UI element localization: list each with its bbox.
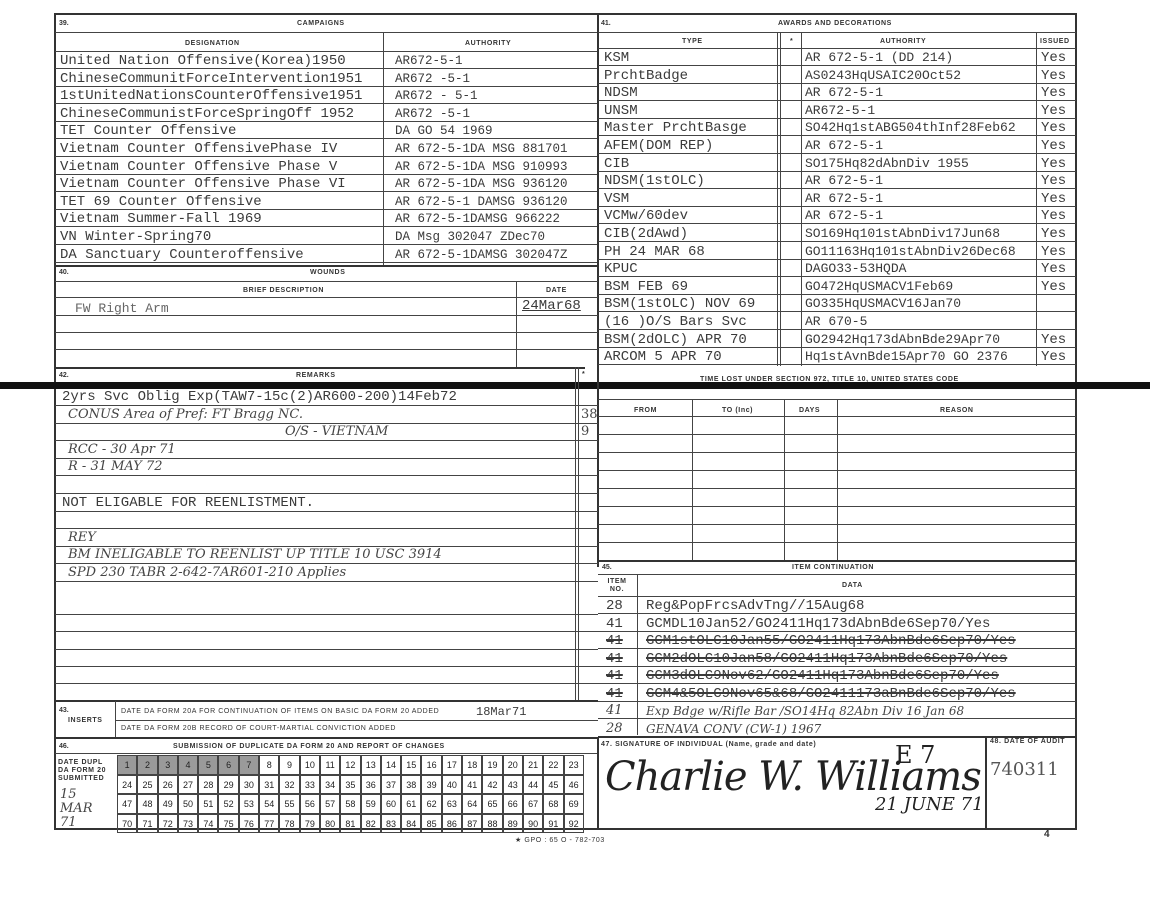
remark-text: R - 31 MAY 72	[68, 459, 163, 475]
submission-cell: 38	[401, 775, 421, 795]
submission-cell: 37	[381, 775, 401, 795]
submission-cell: 17	[442, 755, 462, 775]
campaign-designation: United Nation Offensive(Korea)1950	[60, 53, 346, 69]
campaigns-number: 39.	[59, 20, 69, 27]
remarks-title: REMARKS	[296, 372, 336, 379]
submission-cell: 89	[503, 814, 523, 834]
submission-cell: 79	[300, 814, 320, 834]
remark-text: O/S - VIETNAM	[285, 424, 388, 440]
item-data: GENAVA CONV (CW-1) 1967	[646, 721, 821, 737]
award-type: ARCOM 5 APR 70	[604, 349, 722, 365]
award-issued: Yes	[1041, 226, 1066, 242]
submission-number: 46.	[59, 743, 69, 750]
time-lost-col-days: DAYS	[799, 407, 820, 414]
inserts-line1-value: 18Mar71	[476, 704, 526, 720]
campaigns-col-authority: AUTHORITY	[465, 40, 511, 47]
gpo-footer: ★ GPO : 65 O - 782-703	[515, 836, 605, 844]
submission-cell: 1	[117, 755, 137, 775]
award-type: KSM	[604, 50, 629, 66]
submission-cell: 9	[279, 755, 299, 775]
wounds-number: 40.	[59, 269, 69, 276]
submission-cell: 43	[503, 775, 523, 795]
submission-cell: 92	[564, 814, 584, 834]
submission-cell: 26	[158, 775, 178, 795]
submission-cell: 10	[300, 755, 320, 775]
award-type: CIB(2dAwd)	[604, 226, 688, 242]
campaign-authority: AR 672-5-1DA MSG 881701	[395, 141, 568, 157]
award-type: AFEM(DOM REP)	[604, 138, 713, 154]
time-lost-col-to: TO (Inc)	[722, 407, 753, 414]
campaign-authority: DA Msg 302047 ZDec70	[395, 229, 545, 245]
inserts-line2-label: DATE DA FORM 20B RECORD OF COURT-MARTIAL…	[121, 725, 396, 732]
submission-cell: 39	[421, 775, 441, 795]
award-type: VCMw/60dev	[604, 208, 688, 224]
award-authority: AR672-5-1	[805, 103, 875, 119]
remark-text: NOT ELIGABLE FOR REENLISTMENT.	[62, 495, 314, 511]
remark-star: 9	[581, 424, 589, 440]
submission-cell: 87	[462, 814, 482, 834]
remarks-col-star: *	[582, 371, 585, 378]
submission-cell: 52	[218, 794, 238, 814]
submission-cell: 33	[300, 775, 320, 795]
submission-cell: 40	[442, 775, 462, 795]
submission-cell: 30	[239, 775, 259, 795]
award-type: BSM(2dOLC) APR 70	[604, 332, 747, 348]
submission-cell: 85	[421, 814, 441, 834]
campaign-authority: AR 672-5-1DA MSG 936120	[395, 176, 568, 192]
award-authority: Hq1stAvnBde15Apr70 GO 2376	[805, 349, 1008, 365]
submission-cell: 81	[340, 814, 360, 834]
award-authority: DAGO33-53HQDA	[805, 261, 906, 277]
campaign-designation: TET Counter Offensive	[60, 123, 236, 139]
award-authority: AR 672-5-1	[805, 173, 883, 189]
submission-cell: 44	[523, 775, 543, 795]
audit-label: 48. DATE OF AUDIT	[990, 738, 1065, 745]
submission-cell: 56	[300, 794, 320, 814]
submission-cell: 21	[523, 755, 543, 775]
submission-cell: 72	[158, 814, 178, 834]
award-type: Master PrchtBasge	[604, 120, 747, 136]
campaign-designation: DA Sanctuary Counteroffensive	[60, 247, 304, 263]
item-continuation-col-item: ITEM NO.	[606, 578, 628, 594]
campaign-designation: Vietnam Counter Offensive Phase V	[60, 159, 337, 175]
submission-cell: 42	[482, 775, 502, 795]
campaigns-col-designation: DESIGNATION	[185, 40, 240, 47]
submission-cell: 78	[279, 814, 299, 834]
inserts-line1-label: DATE DA FORM 20A FOR CONTINUATION OF ITE…	[121, 708, 439, 715]
submission-cell: 25	[137, 775, 157, 795]
awards-col-type: TYPE	[682, 38, 703, 45]
submission-cell: 31	[259, 775, 279, 795]
submission-cell: 22	[543, 755, 563, 775]
award-type: NDSM	[604, 85, 638, 101]
award-type: BSM FEB 69	[604, 279, 688, 295]
award-issued: Yes	[1041, 279, 1066, 295]
award-issued: Yes	[1041, 50, 1066, 66]
item-number: 41	[606, 651, 623, 667]
campaign-authority: DA GO 54 1969	[395, 123, 493, 139]
submission-cell: 4	[178, 755, 198, 775]
item-data: GCM2dOLC10Jan58/GO2411Hq173AbnBde6Sep70/…	[646, 651, 1007, 667]
award-issued: Yes	[1041, 173, 1066, 189]
award-type: PrchtBadge	[604, 68, 688, 84]
submission-cell: 59	[361, 794, 381, 814]
submission-cell: 29	[218, 775, 238, 795]
campaign-authority: AR 672-5-1DA MSG 910993	[395, 159, 568, 175]
submission-cell: 24	[117, 775, 137, 795]
item-number: 41	[606, 686, 623, 702]
awards-number: 41.	[601, 20, 611, 27]
award-issued: Yes	[1041, 349, 1066, 365]
item-number: 41	[606, 668, 623, 684]
award-authority: SO169Hq101stAbnDiv17Jun68	[805, 226, 1000, 242]
submission-cell: 88	[482, 814, 502, 834]
item-continuation-number: 45.	[602, 564, 612, 571]
inserts-title: INSERTS	[68, 717, 103, 724]
submission-cell: 13	[361, 755, 381, 775]
submission-cell: 57	[320, 794, 340, 814]
item-data: GCMDL10Jan52/GO2411Hq173dAbnBde6Sep70/Ye…	[646, 616, 990, 632]
award-authority: SO175Hq82dAbnDiv 1955	[805, 156, 969, 172]
audit-value: 740311	[990, 760, 1059, 780]
submission-cell: 50	[178, 794, 198, 814]
submission-side-label: DATE DUPL DA FORM 20 SUBMITTED	[58, 759, 113, 783]
campaign-authority: AR672-5-1	[395, 53, 463, 69]
item-number: 41	[606, 616, 623, 632]
submission-cell: 47	[117, 794, 137, 814]
award-issued: Yes	[1041, 191, 1066, 207]
award-authority: SO42Hq1stABG504thInf28Feb62	[805, 120, 1016, 136]
campaign-authority: AR672 - 5-1	[395, 88, 478, 104]
submission-cell: 62	[421, 794, 441, 814]
submission-cell: 23	[564, 755, 584, 775]
award-authority: GO11163Hq101stAbnDiv26Dec68	[805, 244, 1016, 260]
award-issued: Yes	[1041, 244, 1066, 260]
submission-cell: 58	[340, 794, 360, 814]
submission-cell: 91	[543, 814, 563, 834]
item-number: 41	[606, 633, 623, 649]
submission-cell: 53	[239, 794, 259, 814]
award-authority: AS0243HqUSAIC20Oct52	[805, 68, 961, 84]
submission-cell: 27	[178, 775, 198, 795]
awards-col-star: *	[790, 38, 793, 45]
submission-cell: 2	[137, 755, 157, 775]
award-issued: Yes	[1041, 261, 1066, 277]
award-type: BSM(1stOLC) NOV 69	[604, 296, 755, 312]
item-continuation-col-data: DATA	[842, 582, 863, 589]
award-issued: Yes	[1041, 68, 1066, 84]
campaign-authority: AR 672-5-1DAMSG 302047Z	[395, 247, 568, 263]
submission-cell: 11	[320, 755, 340, 775]
remark-star: 38	[581, 407, 598, 423]
award-issued: Yes	[1041, 103, 1066, 119]
award-type: PH 24 MAR 68	[604, 244, 705, 260]
submission-title: SUBMISSION OF DUPLICATE DA FORM 20 AND R…	[173, 743, 445, 750]
item-number: 28	[606, 721, 623, 737]
submission-cell: 32	[279, 775, 299, 795]
campaign-designation: 1stUnitedNationsCounterOffensive1951	[60, 88, 362, 104]
award-type: KPUC	[604, 261, 638, 277]
submission-cell: 77	[259, 814, 279, 834]
campaign-authority: AR 672-5-1DAMSG 966222	[395, 211, 560, 227]
inserts-number: 43.	[59, 707, 69, 714]
submission-cell: 41	[462, 775, 482, 795]
submission-cell: 83	[381, 814, 401, 834]
campaign-authority: AR672 -5-1	[395, 71, 470, 87]
award-issued: Yes	[1041, 156, 1066, 172]
remark-text: CONUS Area of Pref: FT Bragg NC.	[68, 407, 303, 423]
award-authority: AR 672-5-1	[805, 85, 883, 101]
submission-cell: 36	[361, 775, 381, 795]
awards-col-issued: ISSUED	[1040, 38, 1070, 45]
campaign-designation: Vietnam Counter OffensivePhase IV	[60, 141, 337, 157]
submission-cell: 19	[482, 755, 502, 775]
award-type: CIB	[604, 156, 629, 172]
wound-date: 24Mar68	[522, 298, 581, 314]
signature-grade: E 7	[895, 742, 935, 768]
submission-grid: 1234567891011121314151617181920212223242…	[117, 755, 584, 833]
remark-text: REY	[68, 530, 96, 546]
submission-side-value: 15 MAR 71	[60, 788, 110, 830]
signature-date: 21 JUNE 71	[875, 795, 984, 815]
campaign-designation: TET 69 Counter Offensive	[60, 194, 262, 210]
submission-cell: 76	[239, 814, 259, 834]
submission-cell: 70	[117, 814, 137, 834]
submission-cell: 80	[320, 814, 340, 834]
campaign-designation: ChineseCommunitForceIntervention1951	[60, 71, 362, 87]
award-authority: GO335HqUSMACV16Jan70	[805, 296, 961, 312]
submission-cell: 74	[198, 814, 218, 834]
time-lost-col-from: FROM	[634, 407, 657, 414]
submission-cell: 16	[421, 755, 441, 775]
item-data: GCM3dOLC9Nov62/GO2411Hq173AbnBde6Sep70/Y…	[646, 668, 999, 684]
award-authority: GO472HqUSMACV1Feb69	[805, 279, 953, 295]
submission-cell: 66	[503, 794, 523, 814]
submission-cell: 63	[442, 794, 462, 814]
submission-cell: 64	[462, 794, 482, 814]
remarks-number: 42.	[59, 372, 69, 379]
submission-cell: 20	[503, 755, 523, 775]
campaign-designation: ChineseCommunistForceSpringOff 1952	[60, 106, 354, 122]
item-data: GCM4&5OLC9Nov65&68/GO2411173aBnBde6Sep70…	[646, 686, 1016, 702]
submission-cell: 45	[543, 775, 563, 795]
campaigns-title: CAMPAIGNS	[297, 20, 345, 27]
submission-cell: 67	[523, 794, 543, 814]
wounds-title: WOUNDS	[310, 269, 346, 276]
submission-cell: 18	[462, 755, 482, 775]
award-authority: AR 672-5-1	[805, 208, 883, 224]
awards-col-authority: AUTHORITY	[880, 38, 926, 45]
submission-cell: 8	[259, 755, 279, 775]
item-continuation-title: ITEM CONTINUATION	[792, 564, 874, 571]
submission-cell: 34	[320, 775, 340, 795]
campaign-designation: Vietnam Counter Offensive Phase VI	[60, 176, 346, 192]
campaign-authority: AR 672-5-1 DAMSG 936120	[395, 194, 568, 210]
submission-cell: 61	[401, 794, 421, 814]
submission-cell: 60	[381, 794, 401, 814]
submission-cell: 48	[137, 794, 157, 814]
award-authority: AR 670-5	[805, 314, 867, 330]
submission-cell: 90	[523, 814, 543, 834]
award-authority: AR 672-5-1	[805, 191, 883, 207]
submission-cell: 6	[218, 755, 238, 775]
time-lost-col-reason: REASON	[940, 407, 974, 414]
remark-text: BM INELIGABLE TO REENLIST UP TITLE 10 US…	[68, 547, 442, 563]
item-data: GCM1stOLC10Jan55/GO2411Hq173AbnBde6Sep70…	[646, 633, 1016, 649]
submission-cell: 75	[218, 814, 238, 834]
submission-cell: 55	[279, 794, 299, 814]
award-issued: Yes	[1041, 332, 1066, 348]
wounds-col-date: DATE	[546, 287, 567, 294]
submission-cell: 46	[564, 775, 584, 795]
page-number: 4	[1044, 829, 1050, 840]
campaign-designation: VN Winter-Spring70	[60, 229, 211, 245]
award-authority: AR 672-5-1 (DD 214)	[805, 50, 953, 66]
award-type: (16 )O/S Bars Svc	[604, 314, 747, 330]
submission-cell: 35	[340, 775, 360, 795]
award-type: UNSM	[604, 103, 638, 119]
submission-cell: 65	[482, 794, 502, 814]
award-authority: AR 672-5-1	[805, 138, 883, 154]
submission-cell: 73	[178, 814, 198, 834]
submission-cell: 84	[401, 814, 421, 834]
remark-text: SPD 230 TABR 2-642-7AR601-210 Applies	[68, 565, 346, 581]
submission-cell: 51	[198, 794, 218, 814]
time-lost-title: TIME LOST UNDER SECTION 972, TITLE 10, U…	[700, 376, 959, 383]
submission-cell: 69	[564, 794, 584, 814]
submission-cell: 5	[198, 755, 218, 775]
submission-cell: 49	[158, 794, 178, 814]
submission-cell: 14	[381, 755, 401, 775]
remark-text: 2yrs Svc Oblig Exp(TAW7-15c(2)AR600-200)…	[62, 389, 457, 405]
campaign-authority: AR672 -5-1	[395, 106, 470, 122]
remark-text: RCC - 30 Apr 71	[68, 442, 176, 458]
item-data: Reg&PopFrcsAdvTng//15Aug68	[646, 598, 864, 614]
item-number: 28	[606, 598, 623, 614]
signature-label: 47. SIGNATURE OF INDIVIDUAL (Name, grade…	[601, 741, 816, 748]
submission-cell: 68	[543, 794, 563, 814]
submission-cell: 28	[198, 775, 218, 795]
submission-cell: 71	[137, 814, 157, 834]
submission-cell: 7	[239, 755, 259, 775]
submission-cell: 54	[259, 794, 279, 814]
submission-cell: 15	[401, 755, 421, 775]
award-type: NDSM(1stOLC)	[604, 173, 705, 189]
award-issued: Yes	[1041, 138, 1066, 154]
wounds-col-description: BRIEF DESCRIPTION	[243, 287, 324, 294]
submission-cell: 86	[442, 814, 462, 834]
award-issued: Yes	[1041, 120, 1066, 136]
award-issued: Yes	[1041, 208, 1066, 224]
award-issued: Yes	[1041, 85, 1066, 101]
submission-cell: 12	[340, 755, 360, 775]
item-data: Exp Bdge w/Rifle Bar /SO14Hq 82Abn Div 1…	[646, 703, 964, 719]
campaign-designation: Vietnam Summer-Fall 1969	[60, 211, 262, 227]
submission-cell: 3	[158, 755, 178, 775]
award-authority: GO2942Hq173dAbnBde29Apr70	[805, 332, 1000, 348]
item-number: 41	[606, 703, 623, 719]
submission-cell: 82	[361, 814, 381, 834]
award-type: VSM	[604, 191, 629, 207]
awards-title: AWARDS AND DECORATIONS	[778, 20, 892, 27]
